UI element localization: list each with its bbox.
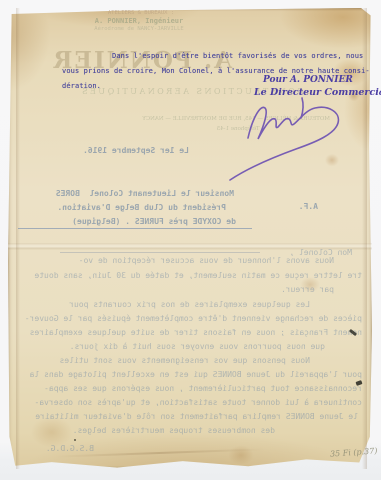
- verso-salutation-rule: [60, 252, 260, 253]
- address-underline: [18, 228, 252, 229]
- ink-speck: [74, 439, 76, 441]
- letterhead-offset-line-c: Aérodrome de NANCY-JARVILLE: [74, 26, 204, 32]
- archival-pencil-note: 35 Fi (p.37): [330, 446, 378, 458]
- letterhead-offset-line-a: ATELIERS & BUREAUX :: [86, 10, 196, 16]
- scanned-letter-page: A. PONNIER CONSTRUCTIONS AÉRONAUTIQUES M…: [0, 0, 381, 480]
- closing-line-1: Dans l'espoir d'être bientôt favorisés d…: [112, 52, 363, 60]
- closing-line-2: vous prions de croire, Mon Colonel, à l'…: [62, 67, 370, 75]
- pour-ponnier-line: Pour A. PONNIER: [263, 75, 353, 85]
- closing-line-3: dération.: [62, 82, 101, 90]
- letterhead-offset-line-b: A. PONNIER, Ingénieur: [74, 17, 204, 25]
- handwritten-signature: [218, 92, 348, 187]
